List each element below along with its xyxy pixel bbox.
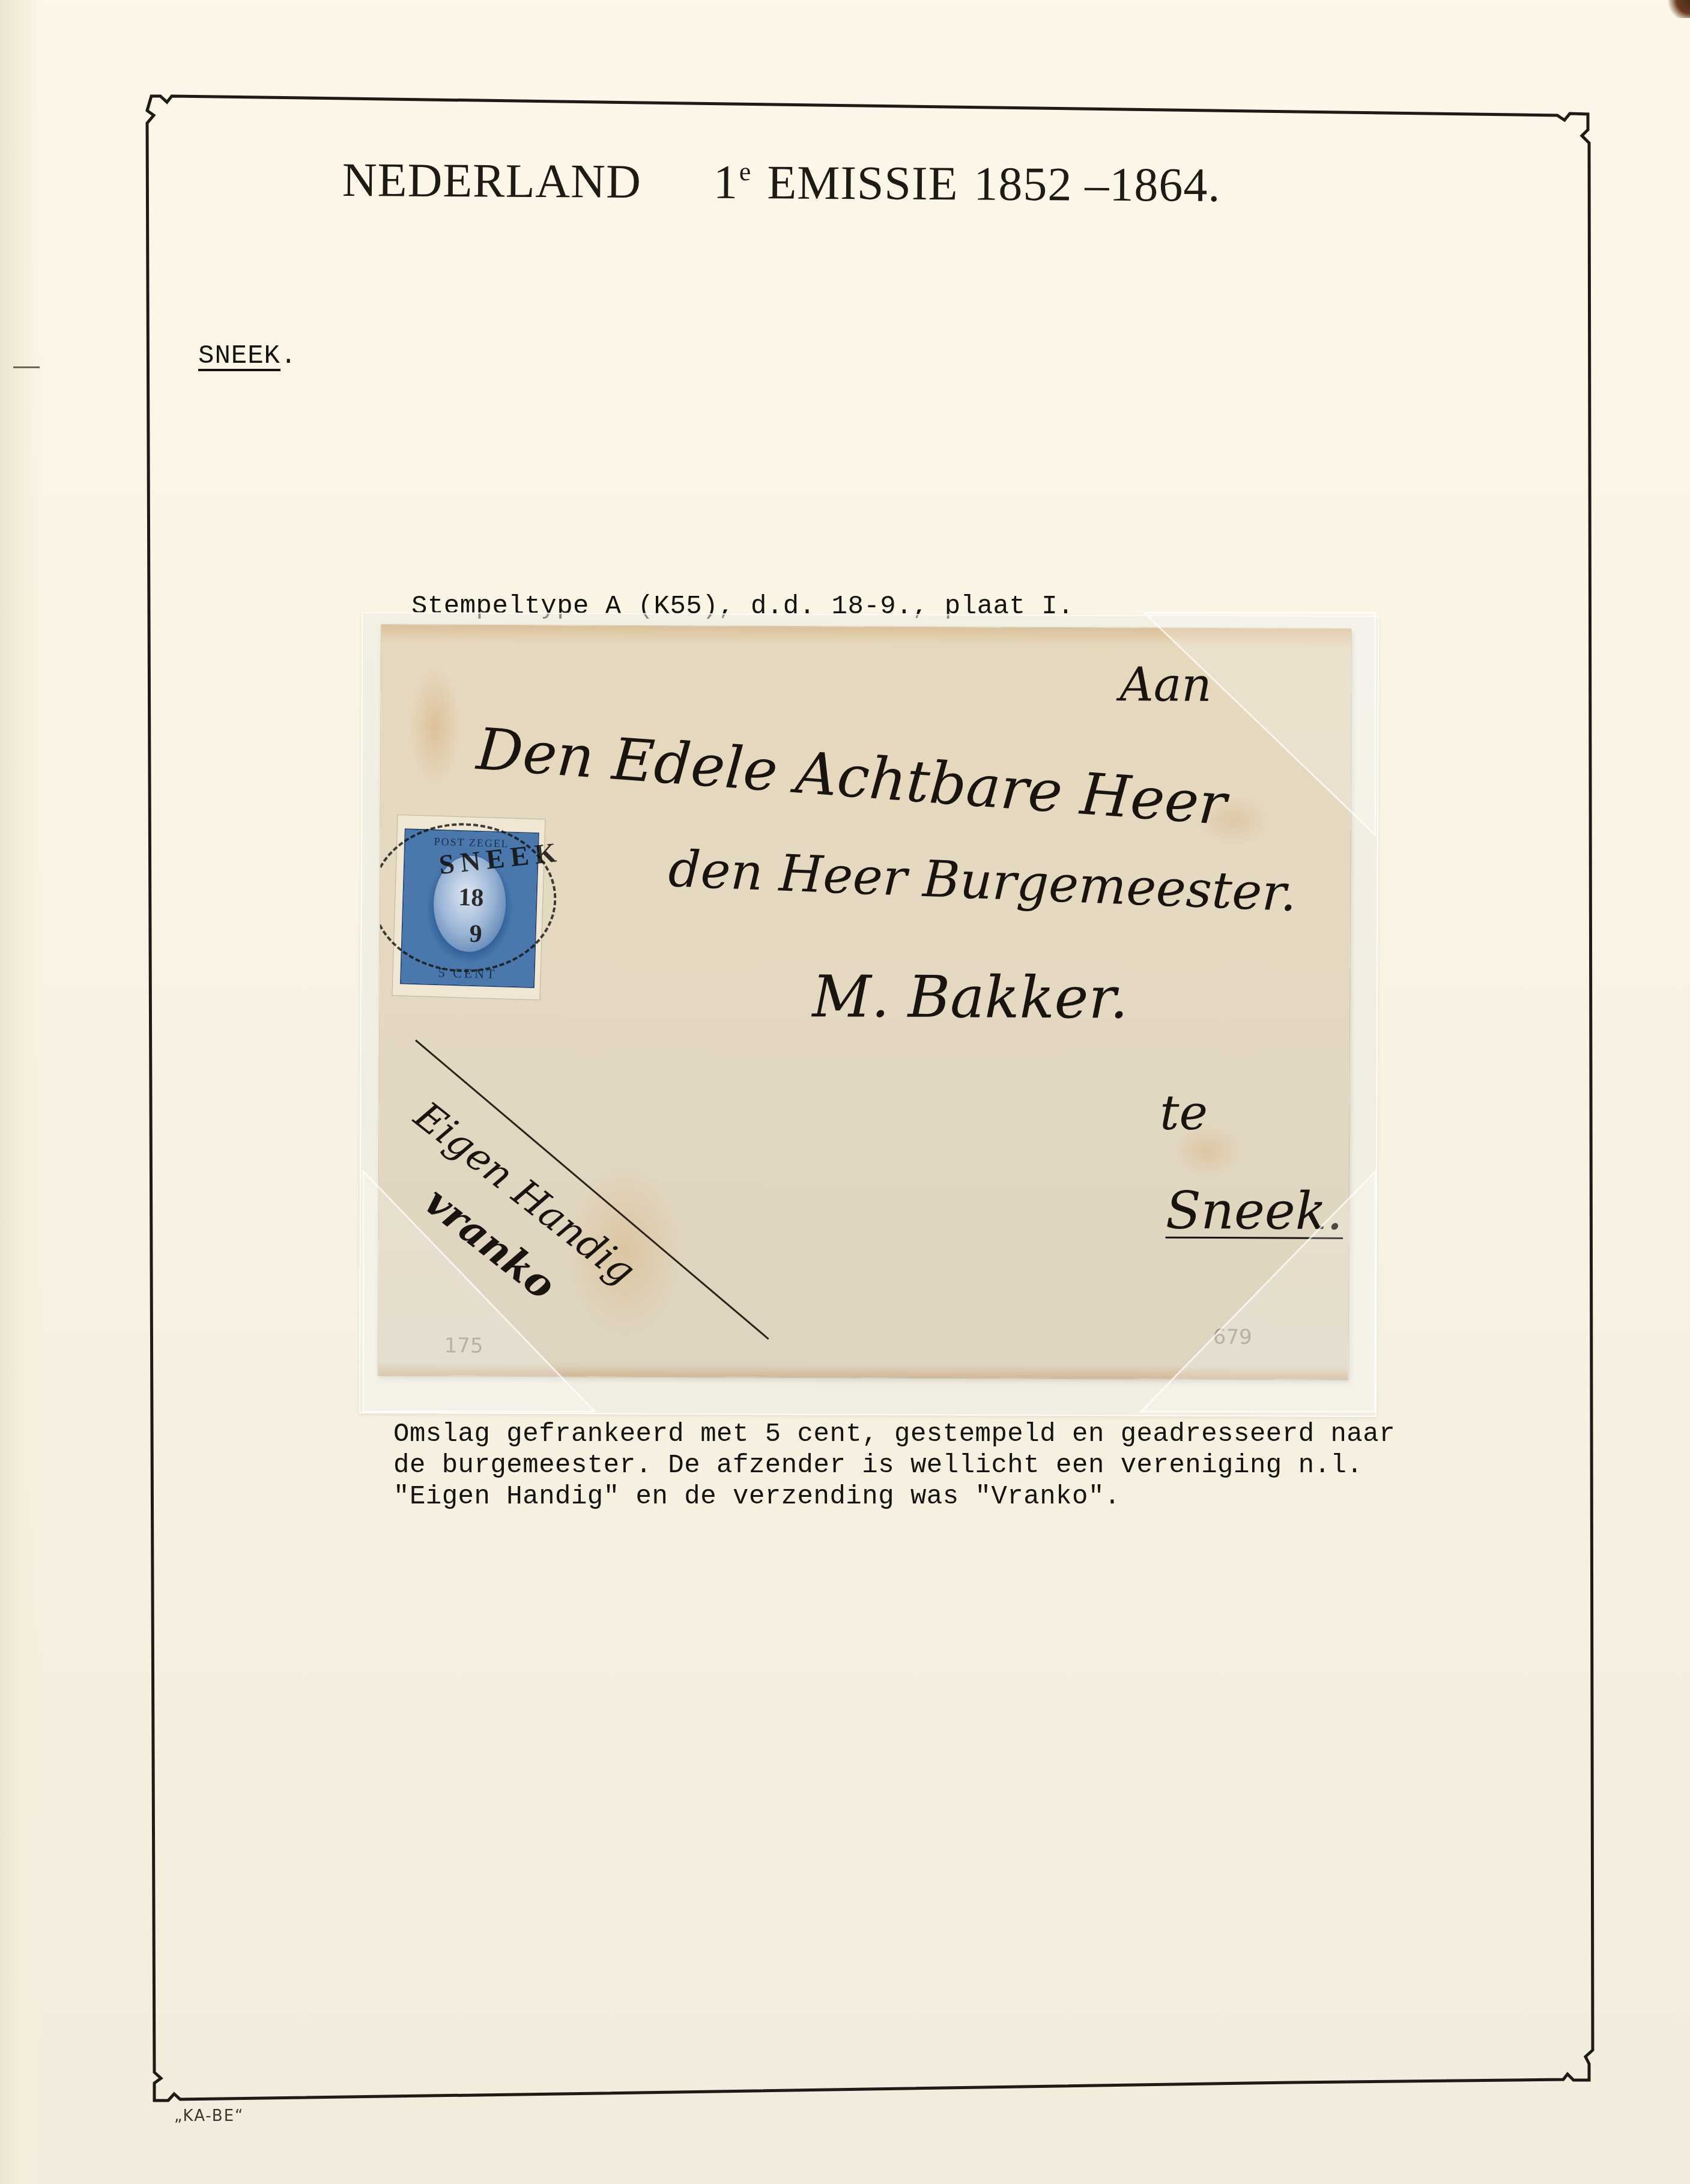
album-brand-footer: „KA-BE“ <box>174 2107 244 2125</box>
description-line: de burgemeester. De afzender is wellicht… <box>393 1450 1395 1481</box>
description-line: "Eigen Handig" en de verzending was "Vra… <box>393 1481 1395 1512</box>
mount-corner-pockets <box>0 0 1690 2184</box>
description-line: Omslag gefrankeerd met 5 cent, gestempel… <box>393 1419 1395 1450</box>
exhibit-description: Omslag gefrankeerd met 5 cent, gestempel… <box>393 1419 1395 1512</box>
